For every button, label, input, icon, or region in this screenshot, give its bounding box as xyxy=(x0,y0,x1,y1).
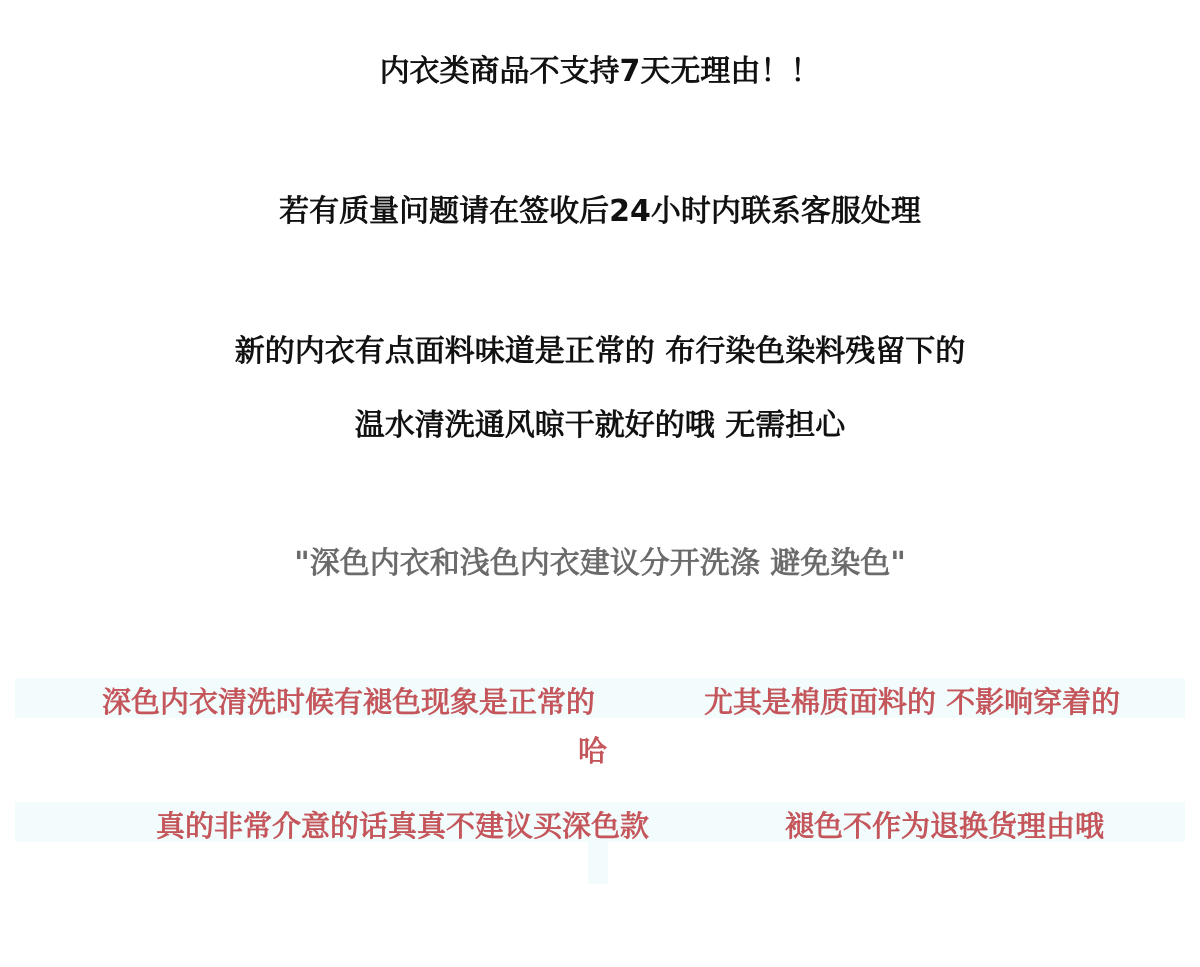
color-fade-notice-part1: 深色内衣清洗时候有褪色现象是正常的 xyxy=(102,680,595,721)
fade-not-return-reason: 褪色不作为退换货理由哦 xyxy=(785,804,1104,845)
color-fade-notice-wrap: 哈 xyxy=(578,729,607,770)
highlight-band-stub xyxy=(588,842,608,884)
fabric-smell-notice-line2: 温水清洗通风晾干就好的哦 无需担心 xyxy=(0,400,1200,444)
wash-separately-tip: "深色内衣和浅色内衣建议分开洗涤 避免染色" xyxy=(0,538,1200,582)
fabric-smell-notice-line1: 新的内衣有点面料味道是正常的 布行染色染料残留下的 xyxy=(0,326,1200,370)
no-return-title: 内衣类商品不支持7天无理由！！ xyxy=(0,46,1200,90)
quality-issue-notice: 若有质量问题请在签收后24小时内联系客服处理 xyxy=(0,186,1200,230)
no-dark-color-advice: 真的非常介意的话真真不建议买深色款 xyxy=(156,804,649,845)
color-fade-notice-part2: 尤其是棉质面料的 不影响穿着的 xyxy=(704,680,1120,721)
